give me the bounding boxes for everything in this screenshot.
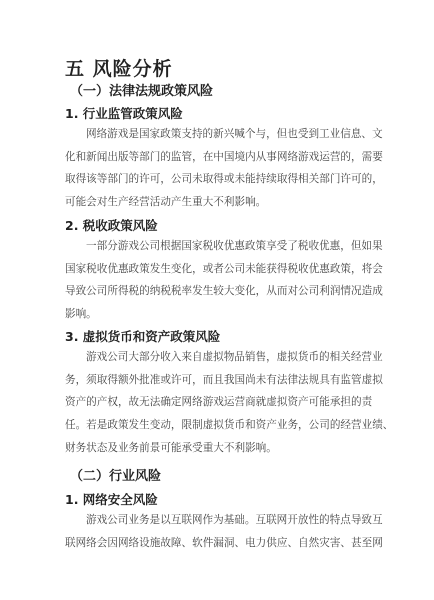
text-line: 国家税收优惠政策发生变化，或者公司未能获得税收优惠政策，将会 — [65, 258, 367, 281]
text-line: 网络游戏是国家政策支持的新兴喊个与，但也受到工业信息、文 — [65, 123, 367, 146]
text-line: 影响。 — [65, 303, 367, 326]
section-heading-industry: （二）行业风险 — [70, 465, 161, 484]
text-line: 联网络会因网络设施故障、软件漏洞、电力供应、自然灾害、甚至网 — [65, 532, 367, 555]
paragraph-network-security: 游戏公司业务是以互联网作为基础。互联网开放性的特点导致互 联网络会因网络设施故障… — [65, 509, 367, 554]
paragraph-virtual-currency: 游戏公司大部分收入来自虚拟物品销售，虚拟货币的相关经营业 务，须取得额外批准或许… — [65, 346, 367, 459]
subsection-heading-regulatory: 1. 行业监管政策风险 — [65, 104, 183, 122]
text-line: 财务状态及业务前景可能承受重大不利影响。 — [65, 437, 367, 460]
text-line: 游戏公司业务是以互联网作为基础。互联网开放性的特点导致互 — [65, 509, 367, 532]
paragraph-tax: 一部分游戏公司根据国家税收优惠政策享受了税收优惠，但如果 国家税收优惠政策发生变… — [65, 235, 367, 326]
text-line: 资产的产权，故无法确定网络游戏运营商就虚拟资产可能承担的责 — [65, 391, 367, 414]
text-line: 务，须取得额外批准或许可，而且我国尚未有法律法规具有监管虚拟 — [65, 369, 367, 392]
subsection-heading-tax: 2. 税收政策风险 — [65, 216, 158, 234]
text-line: 任。若是政策发生变动，限制虚拟货币和资产业务，公司的经营业绩、 — [65, 414, 367, 437]
text-line: 游戏公司大部分收入来自虚拟物品销售，虚拟货币的相关经营业 — [65, 346, 367, 369]
subsection-heading-network-security: 1. 网络安全风险 — [65, 490, 158, 508]
text-line: 一部分游戏公司根据国家税收优惠政策享受了税收优惠，但如果 — [65, 235, 367, 258]
text-line: 可能会对生产经营活动产生重大不利影响。 — [65, 191, 367, 214]
subsection-heading-virtual-currency: 3. 虚拟货币和资产政策风险 — [65, 327, 220, 345]
text-line: 导致公司所得税的纳税税率发生较大变化，从而对公司利润情况造成 — [65, 280, 367, 303]
section-heading-legal: （一）法律法规政策风险 — [70, 80, 213, 99]
chapter-title: 五 风险分析 — [65, 54, 173, 81]
text-line: 取得该等部门的许可，公司未取得或未能持续取得相关部门许可的， — [65, 168, 367, 191]
paragraph-regulatory: 网络游戏是国家政策支持的新兴喊个与，但也受到工业信息、文 化和新闻出版等部门的监… — [65, 123, 367, 214]
text-line: 化和新闻出版等部门的监管，在中国境内从事网络游戏运营的，需要 — [65, 146, 367, 169]
